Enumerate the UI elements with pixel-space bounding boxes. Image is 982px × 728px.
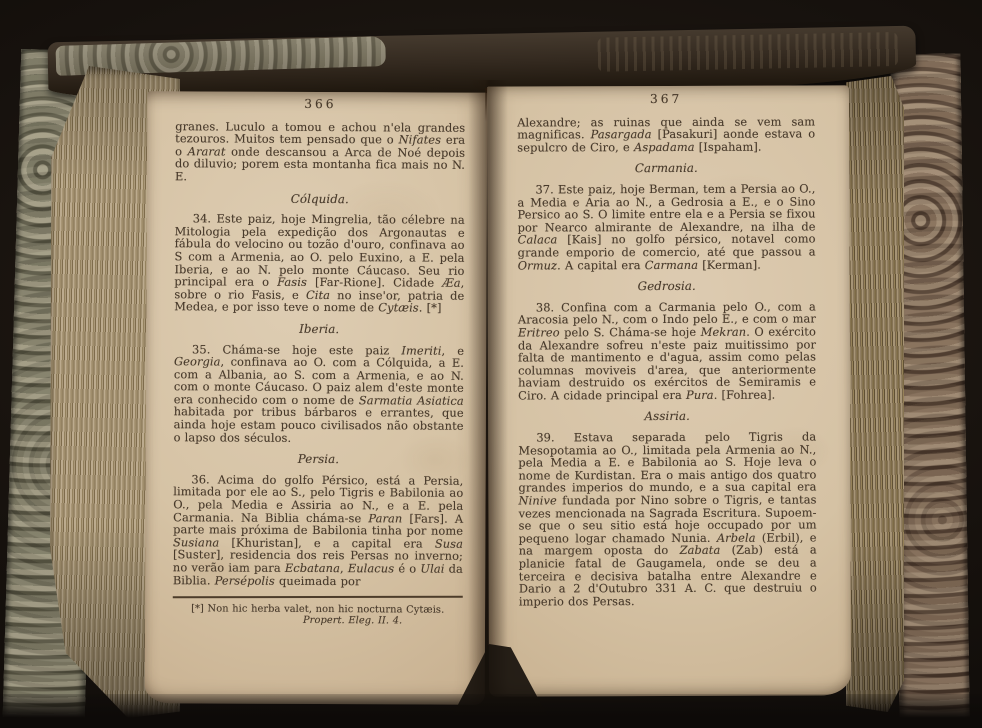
- paragraph-continuation: granes. Luculo a tomou e achou n'ela gra…: [175, 120, 465, 184]
- section-heading: Persia.: [173, 452, 463, 466]
- right-page-text: 367 Alexandre; as ruinas que ainda se ve…: [517, 92, 817, 607]
- section-heading: Cólquida.: [175, 192, 465, 206]
- section-heading: Carmania.: [517, 162, 815, 176]
- footnote-separator: [173, 596, 463, 598]
- book-photograph: 366 granes. Luculo a tomou e achou n'ela…: [0, 0, 982, 728]
- right-page-edges-stack: [846, 76, 904, 712]
- gutter-shadow: [468, 80, 508, 720]
- right-page-blocks: Alexandre; as ruinas que ainda se vem sa…: [517, 115, 817, 608]
- footnote-citation: Propert. Eleg. II. 4.: [173, 614, 463, 627]
- paragraph-39: 39. Estava separada pelo Tigris da Mesop…: [518, 431, 817, 608]
- left-page-blocks: granes. Luculo a tomou e achou n'ela gra…: [173, 120, 466, 627]
- paragraph-37: 37. Este paiz, hoje Berman, tem a Persia…: [517, 182, 815, 271]
- bottom-shadow: [0, 694, 982, 728]
- page-number-right: 367: [517, 92, 815, 106]
- paragraph-36: 36. Acima do golfo Pérsico, está a Persi…: [173, 473, 464, 588]
- left-page-text: 366 granes. Luculo a tomou e achou n'ela…: [173, 97, 466, 627]
- paragraph-38: 38. Confina com a Carmania pelo O., com …: [518, 300, 816, 402]
- paragraph-35: 35. Cháma-se hoje este paiz Imeriti, e G…: [174, 343, 465, 445]
- section-heading: Iberia.: [174, 322, 464, 336]
- section-heading: Assiria.: [518, 410, 816, 424]
- page-number-left: 366: [175, 97, 465, 111]
- section-heading: Gedrosia.: [518, 280, 816, 294]
- footnote: [*] Non hic herba valet, non hic nocturn…: [173, 603, 463, 616]
- paragraph-34: 34. Este paiz, hoje Mingrelia, tão céleb…: [174, 212, 465, 314]
- paragraph-continuation: Alexandre; as ruinas que ainda se vem sa…: [517, 115, 815, 154]
